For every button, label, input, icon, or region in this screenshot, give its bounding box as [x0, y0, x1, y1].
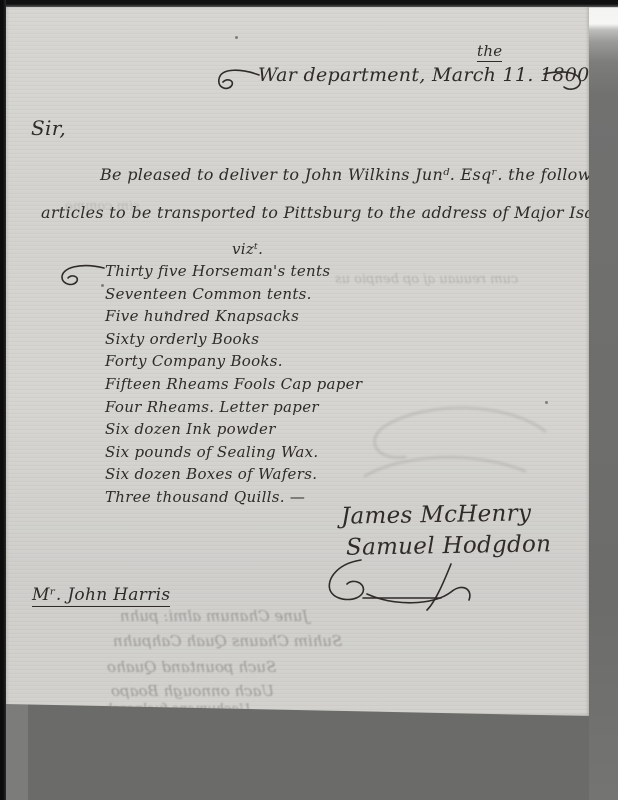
- list-item: Four Rheams. Letter paper: [105, 398, 362, 421]
- paper-speck: [101, 284, 104, 287]
- addressee-name: Mʳ. John Harris: [32, 585, 170, 607]
- signature-paraph-flourish-icon: [323, 554, 498, 616]
- list-item: Forty Company Books.: [105, 352, 362, 375]
- paper-speck: [235, 36, 238, 39]
- paper-speck: [165, 311, 168, 314]
- scan-border-top: [0, 0, 618, 7]
- list-item: Fifteen Rheams Fools Cap paper: [105, 375, 362, 398]
- list-item: Sixty orderly Books: [105, 330, 362, 353]
- ink-bleedthrough-line: Such pountand Quaho: [107, 658, 276, 676]
- inserted-word-the: the: [477, 42, 502, 62]
- dateline: War department, March 11. 1800: [258, 64, 590, 86]
- scanner-bed-bottom-band: [6, 700, 28, 800]
- list-item: Six dozen Ink powder: [105, 420, 362, 443]
- ink-bleedthrough-line: June Chanum almi: puhn: [120, 607, 309, 625]
- ink-bleedthrough-line: cum reuuau aj op benpio us: [335, 272, 518, 287]
- salutation: Sir,: [31, 116, 66, 140]
- body-line: Be pleased to deliver to John Wilkins Ju…: [100, 165, 618, 184]
- ink-bleedthrough-line: sim commo: [65, 199, 140, 214]
- list-item: Seventeen Common tents.: [105, 285, 362, 308]
- list-item: Five hundred Knapsacks: [105, 307, 362, 330]
- list-item: Thirty five Horseman's tents: [105, 262, 362, 285]
- ink-bleedthrough-line: Uach onnough Boapo: [111, 682, 274, 700]
- paper-speck: [545, 401, 548, 404]
- scan-border-left: [0, 0, 6, 800]
- letter-paper: the War department, March 11. 1800 Sir, …: [5, 6, 590, 716]
- dateline-end-swash-icon: [542, 68, 584, 98]
- dateline-flourish-icon: [215, 61, 261, 101]
- list-item: Six pounds of Sealing Wax.: [105, 443, 362, 466]
- viz-label: vizᵗ.: [232, 240, 263, 258]
- list-item: Six dozen Boxes of Wafers.: [105, 465, 362, 488]
- ink-bleedthrough-line: Uachumans fualpasch: [105, 702, 250, 717]
- list-brace-flourish-icon: [60, 262, 106, 294]
- scanned-letter-page: the War department, March 11. 1800 Sir, …: [0, 0, 618, 800]
- scanner-bed-right: [589, 0, 618, 800]
- requisition-item-list: Thirty five Horseman's tents Seventeen C…: [105, 262, 362, 511]
- list-item: Three thousand Quills. —: [105, 488, 362, 511]
- ink-bleedthrough-line: Suhim Chauns Quah Cahpuhn: [113, 632, 342, 650]
- ink-bleedthrough-flourish: [345, 391, 565, 505]
